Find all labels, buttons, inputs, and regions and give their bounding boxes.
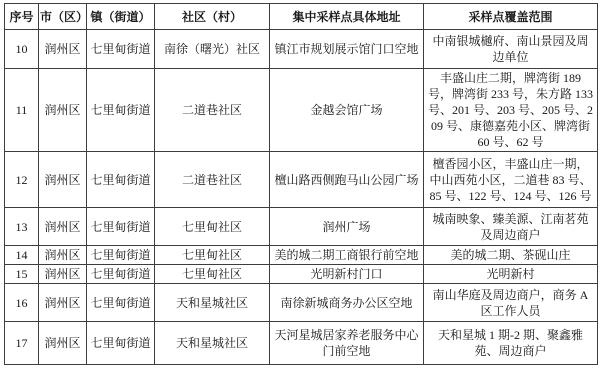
cell-street: 七里甸街道 (87, 284, 155, 322)
table-row: 10 润州区 七里甸街道 南徐（曙光）社区 镇江市规划展示馆门口空地 中南银城樾… (5, 30, 598, 69)
cell-street: 七里甸街道 (87, 246, 155, 265)
cell-no: 11 (5, 69, 39, 152)
cell-street: 七里甸街道 (87, 152, 155, 208)
cell-no: 10 (5, 30, 39, 69)
cell-district: 润州区 (39, 30, 87, 69)
header-street: 镇（街道） (87, 4, 155, 30)
cell-street: 七里甸街道 (87, 265, 155, 284)
table-row: 17 润州区 七里甸街道 天和星城社区 天河星城居家养老服务中心门前空地 天和星… (5, 322, 598, 365)
sampling-sites-table: 序号 市（区） 镇（街道） 社区（村） 集中采样点具体地址 采样点覆盖范围 10… (4, 3, 598, 365)
cell-coverage: 光明新村 (424, 265, 598, 284)
table-row: 11 润州区 七里甸街道 二道巷社区 金越会馆广场 丰盛山庄二期，牌湾街 189… (5, 69, 598, 152)
table-row: 13 润州区 七里甸街道 七里甸社区 润州广场 城南映象、臻美源、江南茗苑及周边… (5, 208, 598, 246)
table-row: 14 润州区 七里甸街道 七里甸社区 美的城二期工商银行前空地 美的城二期、茶砚… (5, 246, 598, 265)
cell-no: 12 (5, 152, 39, 208)
cell-address: 檀山路西侧跑马山公园广场 (270, 152, 424, 208)
cell-district: 润州区 (39, 69, 87, 152)
cell-coverage: 南山华庭及周边商户，商务 A 区工作人员 (424, 284, 598, 322)
cell-community: 天和星城社区 (155, 284, 270, 322)
header-no: 序号 (5, 4, 39, 30)
cell-address: 镇江市规划展示馆门口空地 (270, 30, 424, 69)
cell-community: 七里甸社区 (155, 246, 270, 265)
cell-district: 润州区 (39, 265, 87, 284)
header-row: 序号 市（区） 镇（街道） 社区（村） 集中采样点具体地址 采样点覆盖范围 (5, 4, 598, 30)
cell-coverage: 丰盛山庄二期，牌湾街 189 号，牌湾街 233 号，朱方路 133 号、201… (424, 69, 598, 152)
header-district: 市（区） (39, 4, 87, 30)
cell-community: 天和星城社区 (155, 322, 270, 365)
cell-street: 七里甸街道 (87, 208, 155, 246)
cell-district: 润州区 (39, 246, 87, 265)
cell-district: 润州区 (39, 322, 87, 365)
cell-street: 七里甸街道 (87, 30, 155, 69)
cell-no: 14 (5, 246, 39, 265)
cell-community: 七里甸社区 (155, 208, 270, 246)
cell-address: 天河星城居家养老服务中心门前空地 (270, 322, 424, 365)
table-row: 16 润州区 七里甸街道 天和星城社区 南徐新城商务办公区空地 南山华庭及周边商… (5, 284, 598, 322)
cell-address: 南徐新城商务办公区空地 (270, 284, 424, 322)
cell-no: 15 (5, 265, 39, 284)
cell-address: 光明新村门口 (270, 265, 424, 284)
cell-community: 南徐（曙光）社区 (155, 30, 270, 69)
cell-community: 二道巷社区 (155, 152, 270, 208)
cell-street: 七里甸街道 (87, 322, 155, 365)
cell-coverage: 中南银城樾府、南山景园及周边单位 (424, 30, 598, 69)
cell-coverage: 天和星城 1 期-2 期、聚鑫雅苑、周边商户 (424, 322, 598, 365)
cell-no: 17 (5, 322, 39, 365)
cell-address: 金越会馆广场 (270, 69, 424, 152)
cell-no: 16 (5, 284, 39, 322)
header-community: 社区（村） (155, 4, 270, 30)
cell-address: 润州广场 (270, 208, 424, 246)
cell-community: 七里甸社区 (155, 265, 270, 284)
cell-coverage: 城南映象、臻美源、江南茗苑及周边商户 (424, 208, 598, 246)
table-row: 12 润州区 七里甸街道 二道巷社区 檀山路西侧跑马山公园广场 檀香园小区，丰盛… (5, 152, 598, 208)
cell-district: 润州区 (39, 152, 87, 208)
header-coverage: 采样点覆盖范围 (424, 4, 598, 30)
cell-street: 七里甸街道 (87, 69, 155, 152)
cell-community: 二道巷社区 (155, 69, 270, 152)
cell-coverage: 美的城二期、茶砚山庄 (424, 246, 598, 265)
table-row: 15 润州区 七里甸街道 七里甸社区 光明新村门口 光明新村 (5, 265, 598, 284)
cell-district: 润州区 (39, 208, 87, 246)
cell-district: 润州区 (39, 284, 87, 322)
cell-coverage: 檀香园小区，丰盛山庄一期，中山西苑小区，二道巷 83 号、85 号、122 号、… (424, 152, 598, 208)
header-address: 集中采样点具体地址 (270, 4, 424, 30)
cell-address: 美的城二期工商银行前空地 (270, 246, 424, 265)
cell-no: 13 (5, 208, 39, 246)
